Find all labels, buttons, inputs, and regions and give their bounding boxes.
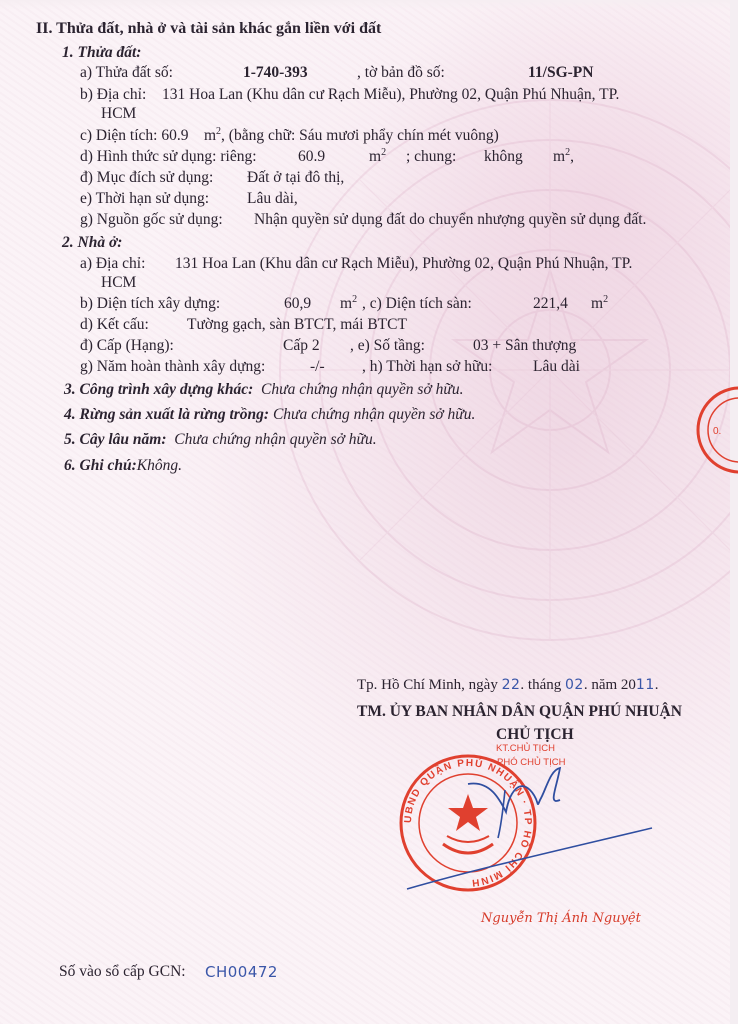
ownership-term-value: Lâu dài bbox=[533, 358, 580, 376]
usage-shared-value: không bbox=[484, 148, 523, 166]
area-unit: m bbox=[204, 127, 216, 144]
house-address-line2: HCM bbox=[101, 274, 136, 292]
house-heading: 2. Nhà ở: bbox=[62, 234, 122, 252]
paper-top-edge bbox=[0, 0, 738, 10]
side-seal-icon: 0. bbox=[695, 370, 738, 490]
structure-label: d) Kết cấu: bbox=[80, 316, 149, 334]
usage-form-label: d) Hình thức sử dụng: riêng: bbox=[80, 148, 257, 166]
place-date: Tp. Hồ Chí Minh, ngày 22. tháng 02. năm … bbox=[357, 676, 658, 694]
floor-area-unit: m2 bbox=[591, 295, 608, 313]
land-address-line2: HCM bbox=[101, 105, 136, 123]
usage-private-unit: m2 bbox=[369, 148, 386, 166]
grade-label: đ) Cấp (Hạng): bbox=[80, 337, 174, 355]
svg-text:0.: 0. bbox=[713, 426, 721, 437]
built-area-unit: m2 bbox=[340, 295, 357, 313]
land-heading: 1. Thửa đất: bbox=[62, 44, 141, 62]
land-area-row: c) Diện tích: 60.9 m2, (bằng chữ: Sáu mư… bbox=[80, 127, 499, 145]
issue-year: 11 bbox=[636, 677, 655, 693]
origin-label: g) Nguồn gốc sử dụng: bbox=[80, 211, 223, 229]
usage-private-value: 60.9 bbox=[298, 148, 325, 166]
other-item-forest: 4. Rừng sản xuất là rừng trồng: Chưa chứ… bbox=[64, 406, 475, 424]
section-title: II. Thửa đất, nhà ở và tài sản khác gắn … bbox=[36, 20, 381, 38]
area-label: c) Diện tích: bbox=[80, 127, 157, 144]
purpose-label: đ) Mục đích sử dụng: bbox=[80, 169, 213, 187]
floors-label: , e) Số tầng: bbox=[350, 337, 425, 355]
floors-value: 03 + Sân thượng bbox=[473, 337, 576, 355]
built-area-label: b) Diện tích xây dựng: bbox=[80, 295, 220, 313]
map-label: , tờ bản đồ số: bbox=[357, 64, 445, 82]
land-address-label: b) Địa chỉ: bbox=[80, 86, 146, 104]
term-label: e) Thời hạn sử dụng: bbox=[80, 190, 209, 208]
paper-right-edge bbox=[730, 0, 738, 1024]
signer-name: Nguyễn Thị Ánh Nguyệt bbox=[481, 910, 641, 928]
land-address-line1: 131 Hoa Lan (Khu dân cư Rạch Miễu), Phườ… bbox=[162, 86, 619, 104]
floor-area-label: , c) Diện tích sàn: bbox=[362, 295, 472, 313]
area-words: , (bằng chữ: Sáu mươi phẩy chín mét vuôn… bbox=[221, 127, 499, 144]
registry-number: CH00472 bbox=[205, 963, 278, 981]
completion-value: -/- bbox=[310, 358, 325, 376]
other-item-perennial-trees: 5. Cây lâu năm: Chưa chứng nhận quyền sở… bbox=[64, 431, 377, 449]
house-address-line1: 131 Hoa Lan (Khu dân cư Rạch Miễu), Phườ… bbox=[175, 255, 632, 273]
map-number: 11/SG-PN bbox=[528, 64, 593, 82]
term-value: Lâu dài, bbox=[247, 190, 298, 208]
usage-shared-unit: m2, bbox=[553, 148, 574, 166]
grade-value: Cấp 2 bbox=[283, 337, 320, 355]
floor-area-value: 221,4 bbox=[533, 295, 568, 313]
structure-value: Tường gạch, sàn BTCT, mái BTCT bbox=[187, 316, 407, 334]
area-value: 60.9 bbox=[161, 127, 188, 144]
completion-label: g) Năm hoàn thành xây dựng: bbox=[80, 358, 265, 376]
registry-label: Số vào sổ cấp GCN: bbox=[59, 963, 186, 981]
land-parcel-row: a) Thửa đất số: bbox=[80, 64, 173, 82]
house-address-label: a) Địa chỉ: bbox=[80, 255, 145, 273]
issue-month: 02 bbox=[565, 677, 584, 693]
other-item-notes: 6. Ghi chú:Không. bbox=[64, 457, 182, 475]
parcel-number: 1-740-393 bbox=[243, 64, 308, 82]
issue-day: 22 bbox=[502, 677, 521, 693]
issuing-organization: TM. ỦY BAN NHÂN DÂN QUẬN PHÚ NHUẬN bbox=[357, 703, 682, 721]
built-area-value: 60,9 bbox=[284, 295, 311, 313]
usage-shared-label: ; chung: bbox=[406, 148, 456, 166]
official-seal-icon: UBND QUẬN PHÚ NHUẬN · TP HỒ CHÍ MINH bbox=[397, 752, 539, 894]
svg-text:UBND QUẬN PHÚ NHUẬN · TP HỒ CH: UBND QUẬN PHÚ NHUẬN · TP HỒ CHÍ MINH bbox=[403, 756, 533, 888]
origin-value: Nhận quyền sử dụng đất do chuyển nhượng … bbox=[254, 211, 646, 229]
parcel-label: a) Thửa đất số: bbox=[80, 64, 173, 81]
purpose-value: Đất ở tại đô thị, bbox=[247, 169, 344, 187]
ownership-term-label: , h) Thời hạn sở hữu: bbox=[362, 358, 492, 376]
other-item-construction: 3. Công trình xây dựng khác: Chưa chứng … bbox=[64, 381, 463, 399]
